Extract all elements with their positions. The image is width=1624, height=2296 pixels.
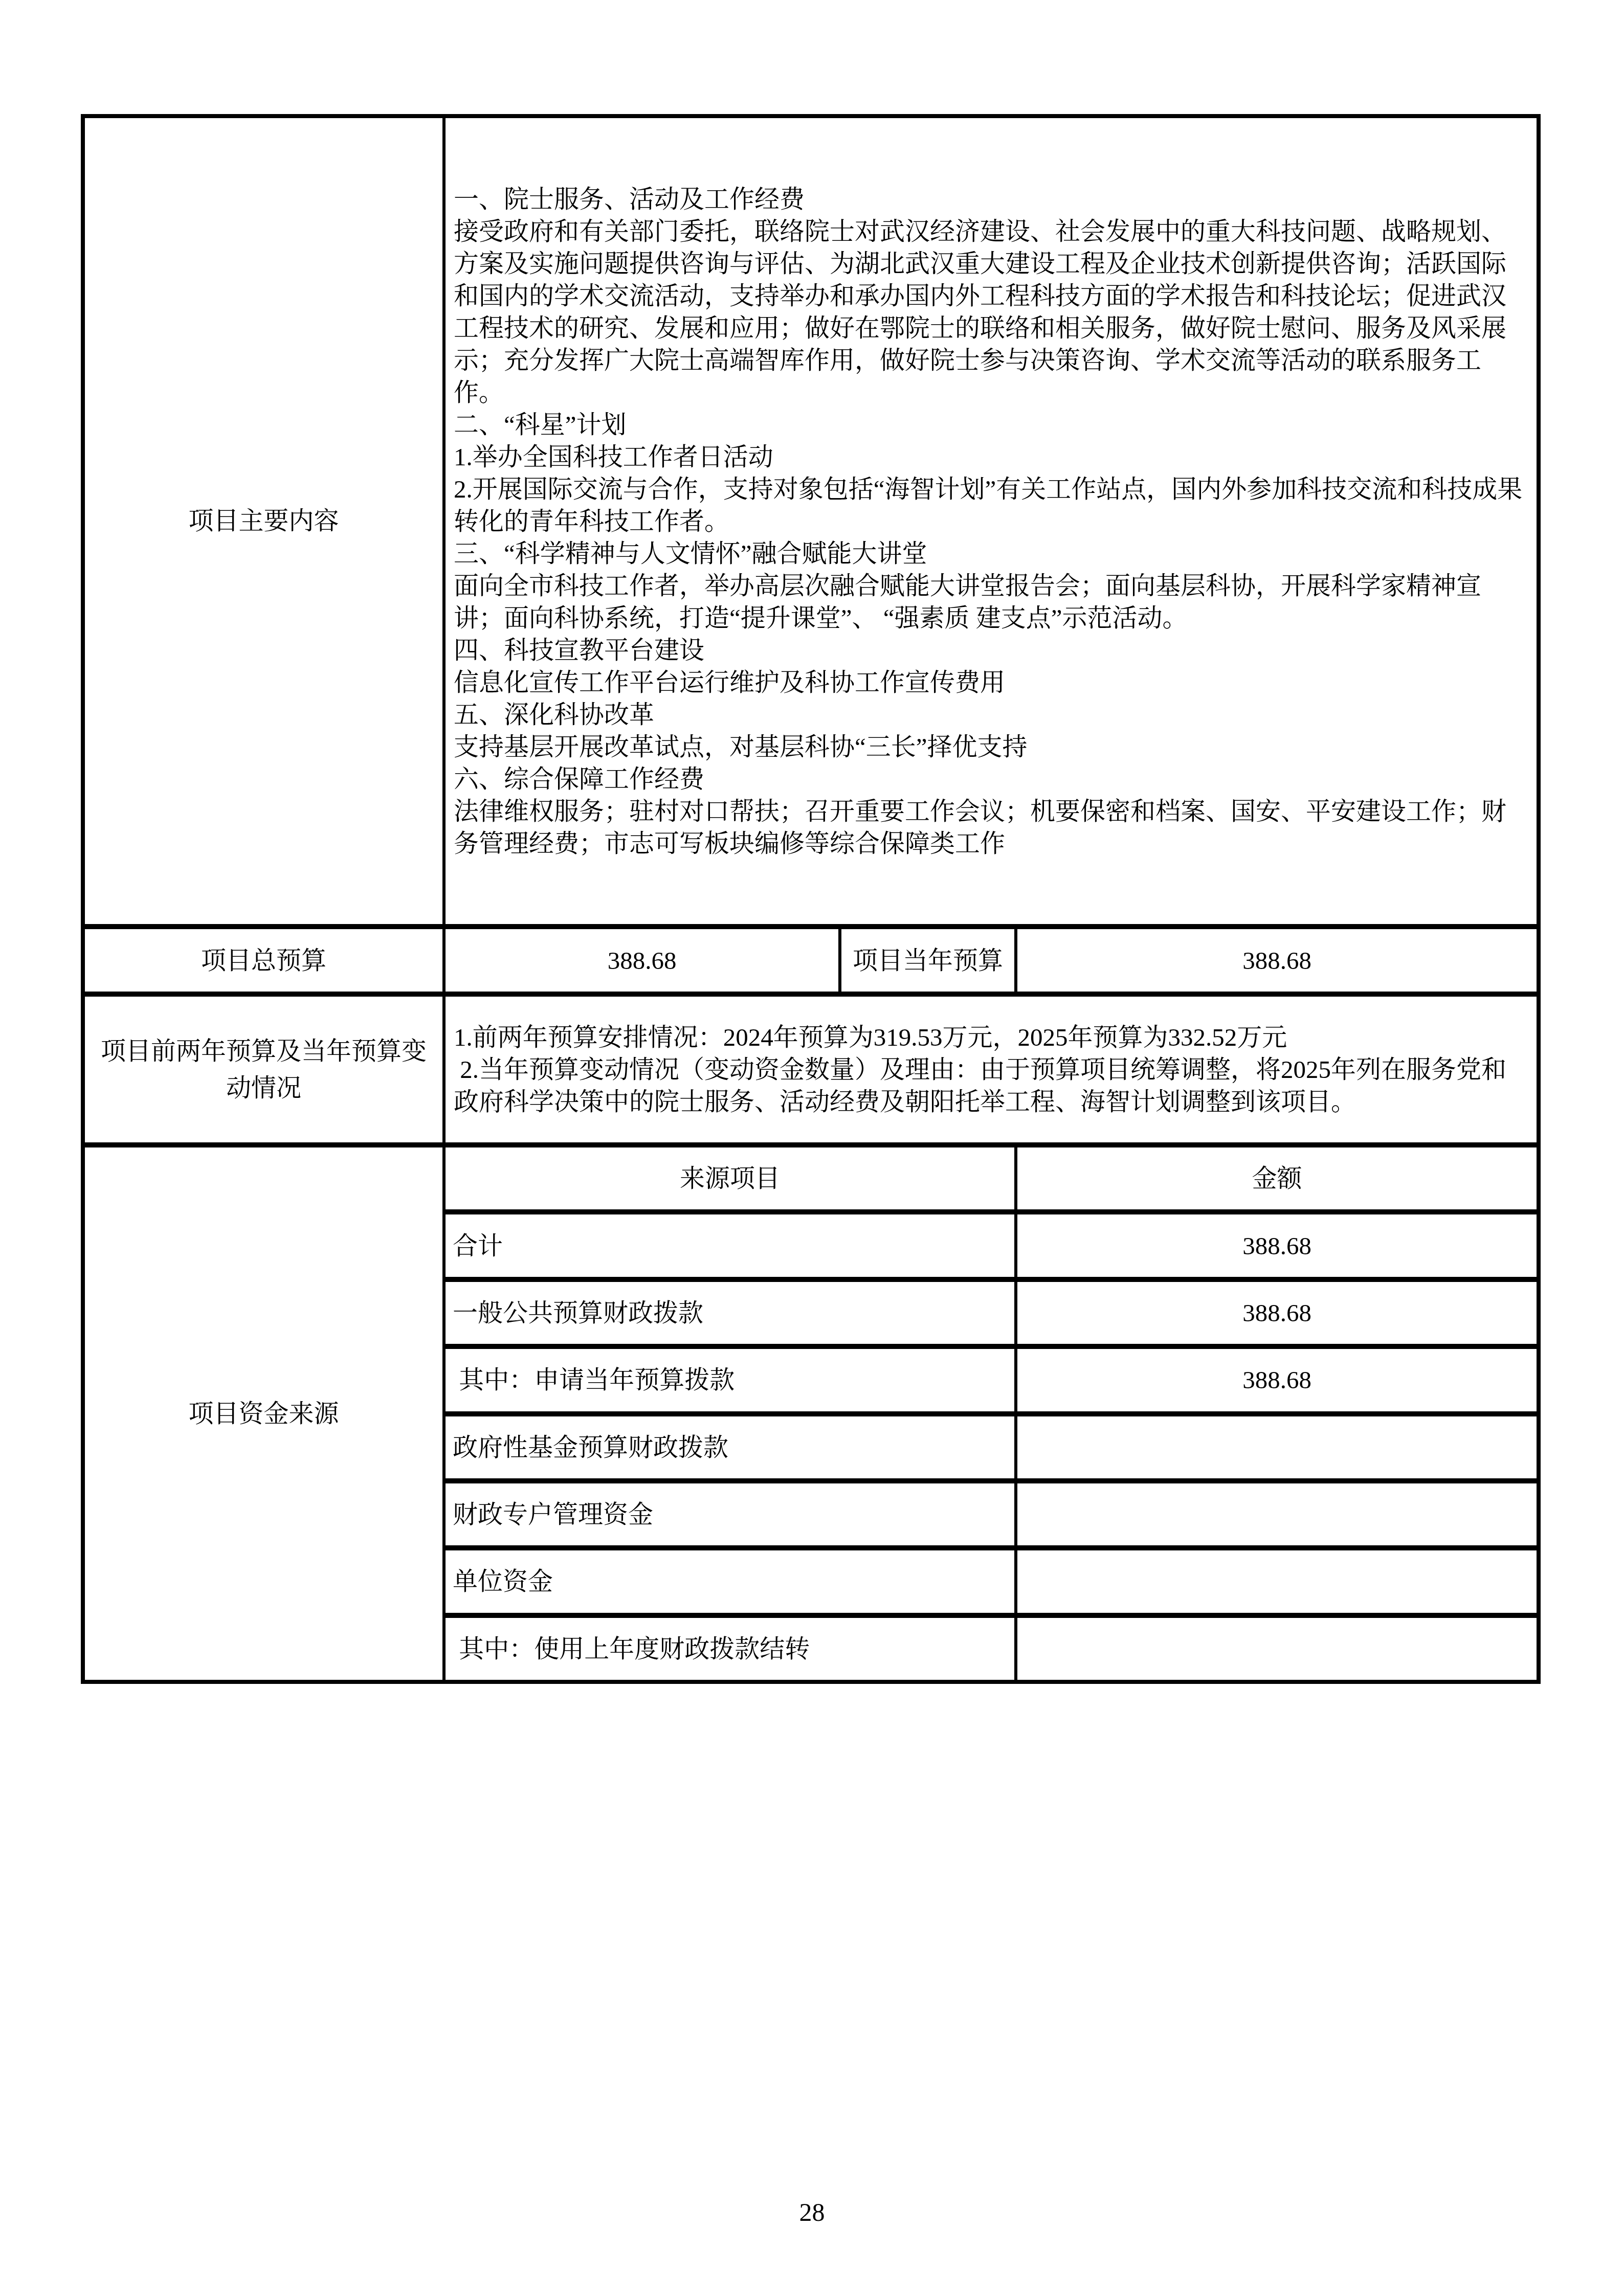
funding-row: 其中：申请当年预算拨款 388.68	[446, 1349, 1537, 1411]
funding-amount	[1017, 1618, 1537, 1680]
paragraph: 接受政府和有关部门委托，联络院士对武汉经济建设、社会发展中的重大科技问题、战略规…	[454, 215, 1528, 409]
funding-amount	[1017, 1416, 1537, 1478]
paragraph: 信息化宣传工作平台运行维护及科协工作宣传费用	[454, 666, 1528, 699]
funding-row: 政府性基金预算财政拨款	[446, 1416, 1537, 1478]
paragraph: 三、“科学精神与人文情怀”融合赋能大讲堂	[454, 537, 1528, 570]
funding-label-text: 项目资金来源	[188, 1395, 339, 1432]
prior-budget-label-text: 项目前两年预算及当年预算变动情况	[100, 1033, 427, 1107]
total-budget-label: 项目总预算	[85, 929, 442, 992]
paragraph: 支持基层开展改革试点，对基层科协“三长”择优支持	[454, 731, 1528, 763]
funding-row: 合计 388.68	[446, 1214, 1537, 1276]
prior-budget-body: 1.前两年预算安排情况：2024年预算为319.53万元，2025年预算为332…	[446, 997, 1537, 1142]
prior-budget-label: 项目前两年预算及当年预算变动情况	[85, 997, 442, 1142]
funding-source: 单位资金	[446, 1550, 1014, 1612]
funding-label: 项目资金来源	[85, 1147, 442, 1680]
current-year-budget-value: 388.68	[1017, 929, 1537, 992]
paragraph: 2.开展国际交流与合作，支持对象包括“海智计划”有关工作站点，国内外参加科技交流…	[454, 473, 1528, 537]
funding-amount: 388.68	[1017, 1349, 1537, 1411]
paragraph: 1.举办全国科技工作者日活动	[454, 441, 1528, 473]
main-content-body: 一、院士服务、活动及工作经费 接受政府和有关部门委托，联络院士对武汉经济建设、社…	[446, 118, 1537, 924]
paragraph: 1.前两年预算安排情况：2024年预算为319.53万元，2025年预算为332…	[454, 1021, 1528, 1053]
row-prior-budget: 项目前两年预算及当年预算变动情况 1.前两年预算安排情况：2024年预算为319…	[85, 997, 1537, 1142]
row-total-budget: 项目总预算 388.68 项目当年预算 388.68	[85, 929, 1537, 992]
paragraph: 一、院士服务、活动及工作经费	[454, 183, 1528, 215]
main-content-label: 项目主要内容	[85, 118, 442, 924]
paragraph: 五、深化科协改革	[454, 699, 1528, 731]
funding-row: 其中：使用上年度财政拨款结转	[446, 1618, 1537, 1680]
total-budget-label-text: 项目总预算	[201, 944, 326, 977]
funding-source: 财政专户管理资金	[446, 1483, 1014, 1545]
current-year-budget-label: 项目当年预算	[841, 929, 1014, 992]
funding-amount	[1017, 1483, 1537, 1545]
main-content-label-text: 项目主要内容	[188, 503, 339, 539]
funding-subtable: 来源项目 金额 合计 388.68 一般公共预算财政拨款 388.68 其中：申…	[446, 1147, 1537, 1680]
total-budget-value: 388.68	[446, 929, 838, 992]
row-funding-sources: 项目资金来源 来源项目 金额 合计 388.68 一般公共预算财政拨款 388.…	[85, 1147, 1537, 1680]
funding-row: 财政专户管理资金	[446, 1483, 1537, 1545]
funding-header-source: 来源项目	[446, 1147, 1014, 1209]
row-main-content: 项目主要内容 一、院士服务、活动及工作经费 接受政府和有关部门委托，联络院士对武…	[85, 118, 1537, 924]
funding-source: 其中：申请当年预算拨款	[446, 1349, 1014, 1411]
funding-row: 一般公共预算财政拨款 388.68	[446, 1282, 1537, 1344]
funding-source: 一般公共预算财政拨款	[446, 1282, 1014, 1344]
funding-row: 单位资金	[446, 1550, 1537, 1612]
funding-header-amount: 金额	[1017, 1147, 1537, 1209]
funding-amount: 388.68	[1017, 1282, 1537, 1344]
current-year-budget-label-text: 项目当年预算	[853, 944, 1003, 977]
paragraph: 六、综合保障工作经费	[454, 763, 1528, 795]
funding-amount	[1017, 1550, 1537, 1612]
funding-header-row: 来源项目 金额	[446, 1147, 1537, 1209]
paragraph: 二、“科星”计划	[454, 409, 1528, 441]
paragraph: 四、科技宣教平台建设	[454, 634, 1528, 666]
project-budget-table: 项目主要内容 一、院士服务、活动及工作经费 接受政府和有关部门委托，联络院士对武…	[81, 114, 1541, 1684]
page-number: 28	[0, 2197, 1624, 2227]
total-budget-value-text: 388.68	[608, 944, 677, 977]
paragraph: 面向全市科技工作者，举办高层次融合赋能大讲堂报告会；面向基层科协，开展科学家精神…	[454, 570, 1528, 634]
paragraph: 2.当年预算变动情况（变动资金数量）及理由：由于预算项目统筹调整，将2025年列…	[454, 1053, 1528, 1118]
current-year-budget-value-text: 388.68	[1242, 944, 1311, 977]
funding-source: 政府性基金预算财政拨款	[446, 1416, 1014, 1478]
funding-source: 其中：使用上年度财政拨款结转	[446, 1618, 1014, 1680]
paragraph: 法律维权服务；驻村对口帮扶；召开重要工作会议；机要保密和档案、国安、平安建设工作…	[454, 795, 1528, 860]
funding-amount: 388.68	[1017, 1214, 1537, 1276]
funding-source: 合计	[446, 1214, 1014, 1276]
